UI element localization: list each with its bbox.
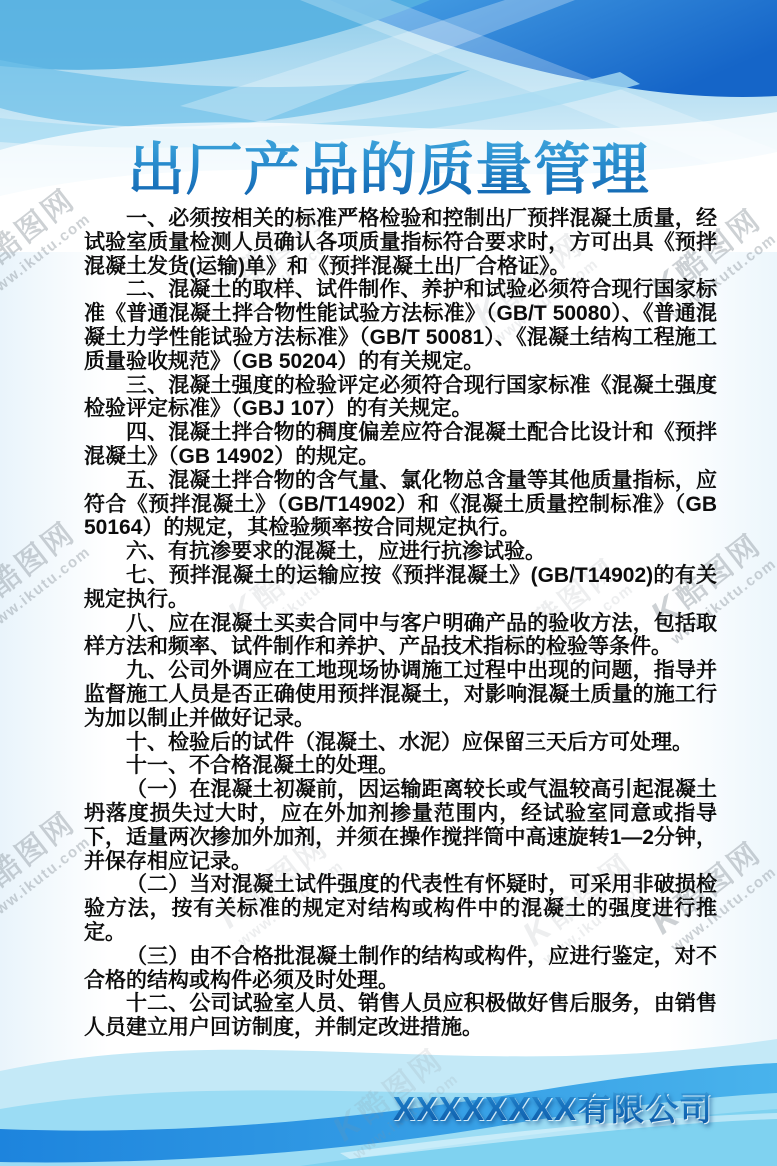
regulation-paragraph: 五、混凝土拌合物的含气量、氯化物总含量等其他质量指标，应符合《预拌混凝土》（GB… xyxy=(84,469,717,540)
regulation-paragraph: 七、预拌混凝土的运输应按《预拌混凝土》(GB/T14902)的有关规定执行。 xyxy=(84,564,717,612)
page-title: 出厂产品的质量管理 xyxy=(0,124,777,206)
regulation-paragraph: （一）在混凝土初凝前，因运输距离较长或气温较高引起混凝土坍落度损失过大时，应在外… xyxy=(84,778,717,873)
regulation-paragraph: 十一、不合格混凝土的处理。 xyxy=(84,754,717,778)
regulation-paragraph: 四、混凝土拌合物的稠度偏差应符合混凝土配合比设计和《预拌混凝土》（GB 1490… xyxy=(84,421,717,469)
regulation-paragraph: 十、检验后的试件（混凝土、水泥）应保留三天后方可处理。 xyxy=(84,731,717,755)
regulation-paragraph: （三）由不合格批混凝土制作的结构或构件，应进行鉴定，对不合格的结构或构件必须及时… xyxy=(84,945,717,993)
regulation-paragraph: 一、必须按相关的标准严格检验和控制出厂预拌混凝土质量，经试验室质量检测人员确认各… xyxy=(84,207,717,278)
watermark-logo-text: 酷图网 xyxy=(0,807,81,892)
regulation-paragraph: 二、混凝土的取样、试件制作、养护和试验必须符合现行国家标准《普通混凝土拌合物性能… xyxy=(84,278,717,373)
regulation-text-block: 一、必须按相关的标准严格检验和控制出厂预拌混凝土质量，经试验室质量检测人员确认各… xyxy=(84,207,717,1040)
regulation-paragraph: 八、应在混凝土买卖合同中与客户明确产品的验收方法，包括取样方法和频率、试件制作和… xyxy=(84,612,717,660)
watermark-logo-text: 酷图网 xyxy=(0,517,81,602)
company-name: XXXXXXXX有限公司 xyxy=(393,1083,713,1130)
regulation-paragraph: 三、混凝土强度的检验评定必须符合现行国家标准《混凝土强度检验评定标准》（GBJ … xyxy=(84,374,717,422)
regulation-paragraph: （二）当对混凝土试件强度的代表性有怀疑时，可采用非破损检验方法，按有关标准的规定… xyxy=(84,873,717,944)
watermark-url-text: www.ikutu.com xyxy=(0,833,94,926)
regulation-paragraph: 六、有抗渗要求的混凝土，应进行抗渗试验。 xyxy=(84,540,717,564)
regulation-paragraph: 九、公司外调应在工地现场协调施工过程中出现的问题，指导并监督施工人员是否正确使用… xyxy=(84,659,717,730)
regulation-paragraph: 十二、公司试验室人员、销售人员应积极做好售后服务，由销售人员建立用户回访制度，并… xyxy=(84,992,717,1040)
site-watermark: K酷图网 www.ikutu.com xyxy=(0,514,94,636)
site-watermark: K酷图网 www.ikutu.com xyxy=(0,804,94,926)
watermark-url-text: www.ikutu.com xyxy=(0,543,94,636)
quality-management-poster: K酷图网 www.ikutu.com K酷图网 www.ikutu.com K酷… xyxy=(0,0,777,1166)
